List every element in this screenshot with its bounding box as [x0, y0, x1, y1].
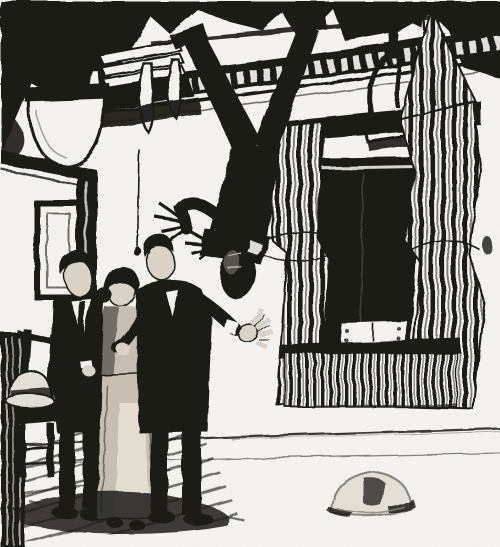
illustration-canvas: Upside-down man on the ceiling [0, 0, 500, 547]
engraving-illustration: Upside-down man on the ceiling [0, 0, 500, 547]
paper-grain-texture [0, 0, 500, 547]
